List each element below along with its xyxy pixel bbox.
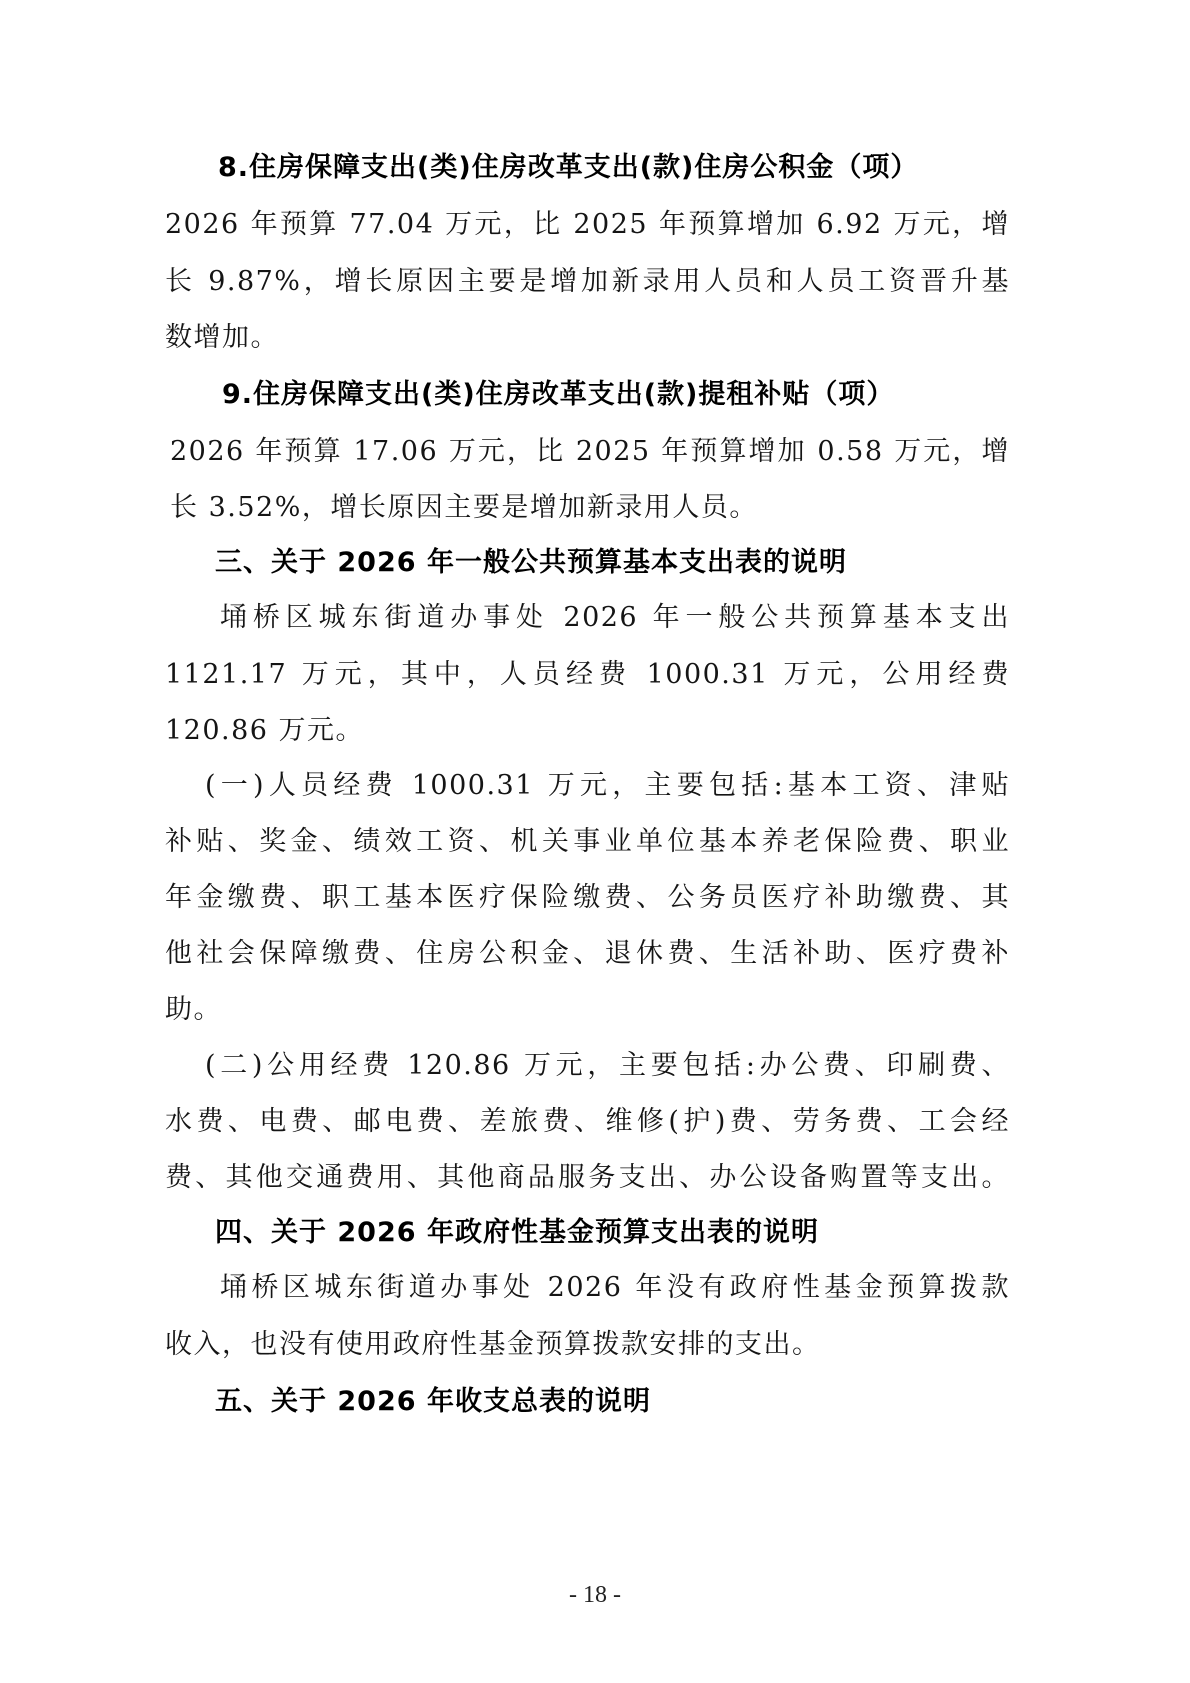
section-3-text-line-1: 埇桥区城东街道办事处 2026 年一般公共预算基本支出 [220,598,1010,638]
item-9-text-line-1: 2026 年预算 17.06 万元，比 2025 年预算增加 0.58 万元，增 [170,432,1010,472]
item-8-text-line-1: 2026 年预算 77.04 万元，比 2025 年预算增加 6.92 万元，增 [165,205,1010,245]
section-4-text-line-1: 埇桥区城东街道办事处 2026 年没有政府性基金预算拨款 [220,1268,1010,1308]
section-3-text-line-3: 120.86 万元。 [165,711,1010,751]
section-5-heading: 五、关于 2026 年收支总表的说明 [215,1382,915,1422]
item-8-text-line-2: 长 9.87%，增长原因主要是增加新录用人员和人员工资晋升基 [165,262,1010,302]
section-4-heading: 四、关于 2026 年政府性基金预算支出表的说明 [215,1213,915,1253]
item-8-text-line-3: 数增加。 [165,318,1010,358]
document-page: 8.住房保障支出(类)住房改革支出(款)住房公积金（项） 2026 年预算 77… [0,0,1190,1683]
section-3-heading: 三、关于 2026 年一般公共预算基本支出表的说明 [215,543,915,583]
personnel-expenses-line-4: 他社会保障缴费、住房公积金、退休费、生活补助、医疗费补 [165,934,1010,974]
public-expenses-line-2: 水费、电费、邮电费、差旅费、维修(护)费、劳务费、工会经 [165,1102,1010,1142]
item-9-heading: 9.住房保障支出(类)住房改革支出(款)提租补贴（项） [222,375,962,415]
personnel-expenses-line-2: 补贴、奖金、绩效工资、机关事业单位基本养老保险费、职业 [165,822,1010,862]
section-4-text-line-2: 收入，也没有使用政府性基金预算拨款安排的支出。 [165,1325,1010,1365]
item-8-heading: 8.住房保障支出(类)住房改革支出(款)住房公积金（项） [218,148,958,188]
page-number: - 18 - [0,1580,1190,1610]
personnel-expenses-line-5: 助。 [165,990,1010,1030]
public-expenses-line-3: 费、其他交通费用、其他商品服务支出、办公设备购置等支出。 [165,1158,1010,1198]
item-9-text-line-2: 长 3.52%，增长原因主要是增加新录用人员。 [170,488,1015,528]
personnel-expenses-line-3: 年金缴费、职工基本医疗保险缴费、公务员医疗补助缴费、其 [165,878,1010,918]
public-expenses-line-1: (二)公用经费 120.86 万元，主要包括:办公费、印刷费、 [205,1046,1010,1086]
personnel-expenses-line-1: (一)人员经费 1000.31 万元，主要包括:基本工资、津贴 [205,766,1010,806]
section-3-text-line-2: 1121.17 万元，其中，人员经费 1000.31 万元，公用经费 [165,655,1010,695]
